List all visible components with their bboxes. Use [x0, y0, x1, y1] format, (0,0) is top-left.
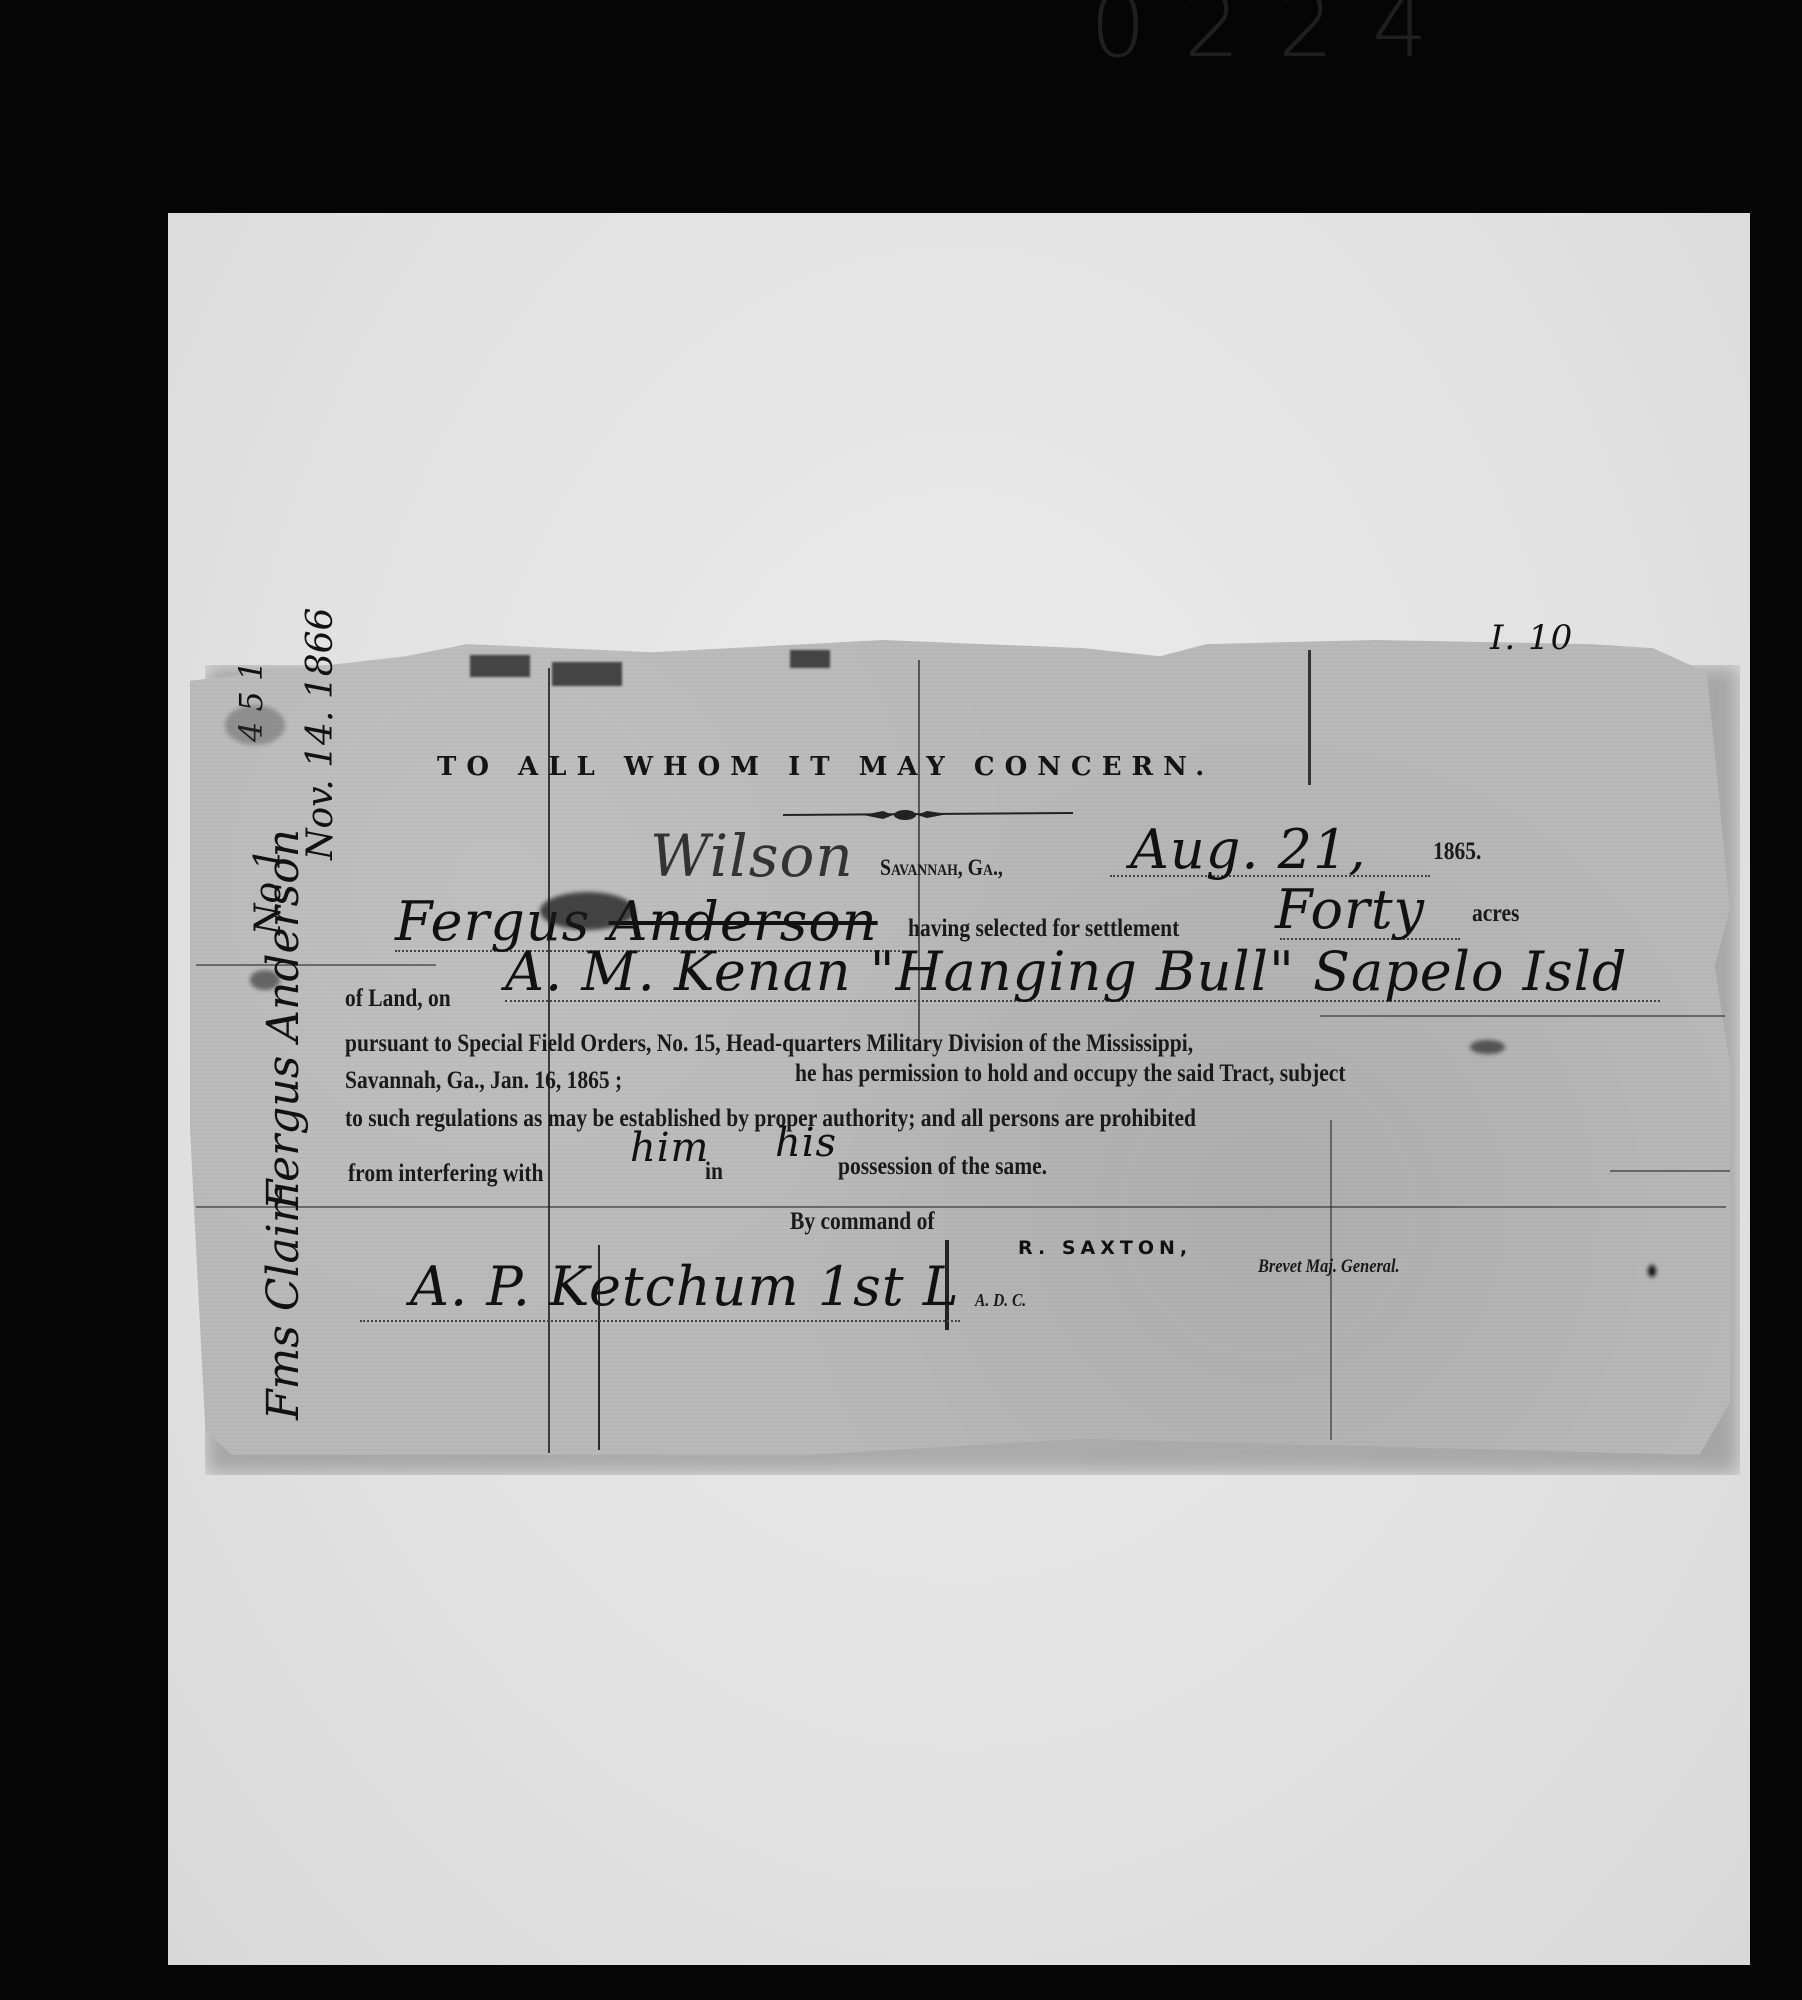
ink-blot — [540, 892, 635, 930]
handwritten-pronoun-his: his — [775, 1120, 837, 1166]
by-command-of: By command of — [790, 1208, 935, 1236]
margin-note-date: Nov. 14. 1866 — [300, 608, 341, 860]
torn-edge — [470, 655, 530, 677]
document-title: TO ALL WHOM IT MAY CONCERN. — [437, 752, 1214, 782]
stain — [225, 705, 285, 745]
printed-of-land-on: of Land, on — [345, 985, 451, 1013]
margin-note-claim: Fms Claim — [258, 1181, 309, 1420]
signature-fill-line — [360, 1320, 960, 1322]
torn-edge — [552, 662, 622, 686]
handwritten-date: Aug. 21, — [1130, 818, 1367, 881]
body-line-4c: possession of the same. — [838, 1153, 1047, 1181]
commander-name: R. SAXTON, — [1018, 1237, 1192, 1259]
fold-line — [1610, 1170, 1730, 1172]
fold-line — [196, 964, 436, 966]
signature-suffix-adc: A. D. C. — [975, 1290, 1026, 1311]
fold-line — [1330, 1120, 1332, 1440]
fold-line — [548, 668, 550, 1453]
body-line-3: to such regulations as may be establishe… — [345, 1105, 1196, 1133]
handwritten-pronoun-him: him — [630, 1125, 709, 1171]
handwritten-place-wilson: Wilson — [650, 822, 854, 890]
ornamental-rule — [783, 808, 1073, 822]
printed-year: 1865. — [1433, 838, 1481, 866]
handwritten-location: A. M. Kenan "Hanging Bull" Sapelo Isld — [505, 940, 1628, 1003]
torn-edge — [790, 650, 830, 668]
margin-note-name: Fergus Anderson — [258, 829, 309, 1210]
body-line-4b: in — [705, 1158, 723, 1186]
tear-line — [1308, 650, 1311, 785]
stain — [1470, 1040, 1505, 1054]
annotation-top-right: I. 10 — [1490, 618, 1573, 658]
fold-line — [1320, 1015, 1725, 1017]
handwritten-acreage: Forty — [1275, 878, 1425, 941]
printed-place: Savannah, Ga., — [880, 855, 1003, 881]
stain — [250, 970, 280, 990]
fold-line — [196, 1206, 1726, 1208]
body-line-4a: from interfering with — [348, 1160, 543, 1188]
body-line-1: pursuant to Special Field Orders, No. 15… — [345, 1030, 1193, 1058]
microfilm-frame-number: 0224 — [1090, 0, 1466, 77]
printed-having-selected: having selected for settlement — [908, 915, 1179, 943]
signature-ketchum: A. P. Ketchum 1st L — [410, 1255, 960, 1318]
commander-rank: Brevet Maj. General. — [1258, 1256, 1400, 1278]
body-line-2a: Savannah, Ga., Jan. 16, 1865 ; — [345, 1067, 622, 1095]
body-line-2b: he has permission to hold and occupy the… — [795, 1060, 1346, 1088]
printed-acres: acres — [1472, 900, 1519, 928]
stain — [1648, 1265, 1656, 1277]
